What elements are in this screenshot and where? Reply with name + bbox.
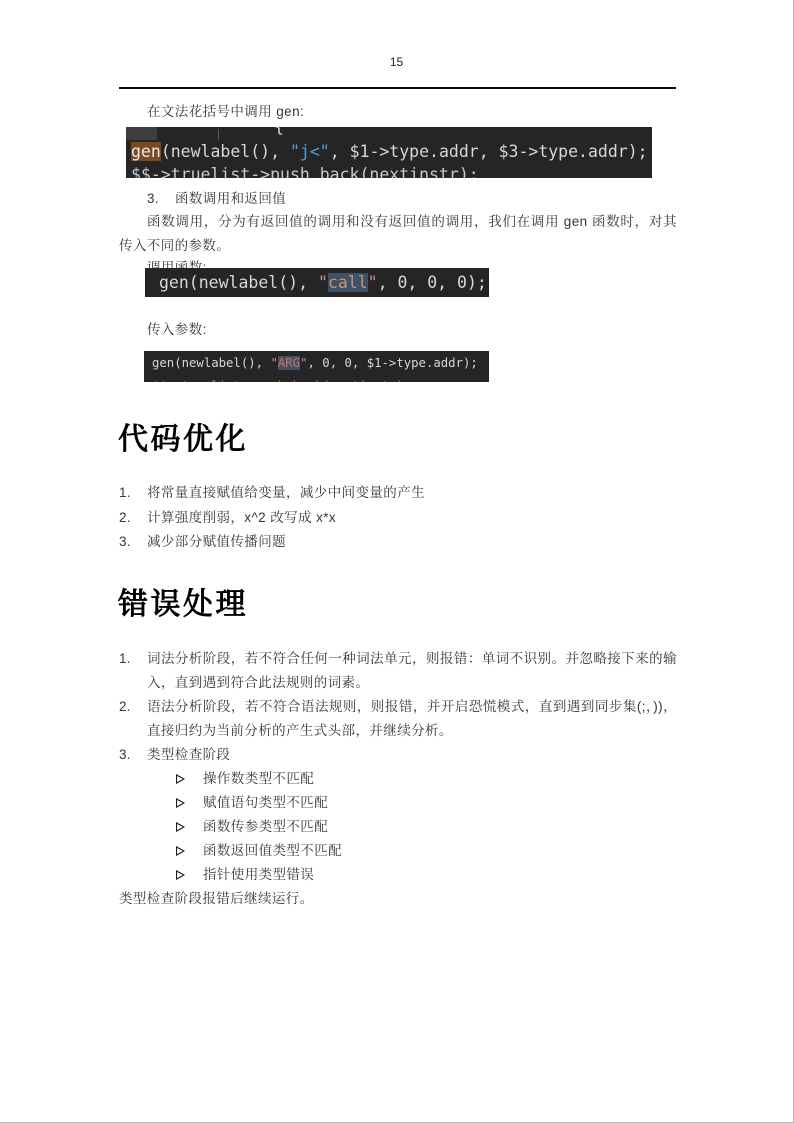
code-text: , $1->type.addr, $3->type.addr);	[330, 142, 648, 161]
code-block-call: gen(newlabel(), "call", 0, 0, 0);	[145, 268, 489, 297]
list-item: 1.将常量直接赋值给变量，减少中间变量的产生	[119, 481, 677, 506]
code-line-partial-bottom: $$->truelist->push_back(nextinstr);	[144, 376, 489, 382]
sub-list-item: 操作数类型不匹配	[119, 767, 677, 791]
sub-item-text: 函数返回值类型不匹配	[203, 843, 342, 858]
code-string: "j<"	[290, 142, 330, 161]
quote-mark: "	[318, 273, 328, 292]
arrow-bullet-icon	[176, 774, 185, 784]
code-line: gen(newlabel(), "ARG", 0, 0, $1->type.ad…	[144, 351, 489, 376]
intro-text: 在文法花括号中调用 gen:	[147, 100, 304, 124]
arrow-bullet-icon	[176, 798, 185, 808]
arrow-bullet-icon	[176, 870, 185, 880]
sub-list-item: 赋值语句类型不匹配	[119, 791, 677, 815]
arrow-bullet-icon	[176, 822, 185, 832]
list-item: 1.词法分析阶段，若不符合任何一种词法单元，则报错：单词不识别。并忽略接下来的输…	[119, 647, 677, 695]
list-number: 3.	[119, 530, 131, 555]
document-page: 15 在文法花括号中调用 gen: { gen(newlabel(), "j<"…	[0, 0, 794, 1123]
list-item-text: 计算强度削弱，x^2 改写成 x*x	[147, 510, 336, 525]
code-text: (newlabel(),	[161, 142, 290, 161]
list-item: 2.语法分析阶段，若不符合语法规则，则报错，并开启恐慌模式，直到遇到同步集(;，…	[119, 695, 677, 743]
code-text: gen(newlabel(),	[152, 356, 270, 370]
header-rule	[119, 87, 676, 89]
pass-argument-label: 传入参数:	[147, 318, 207, 342]
list-number: 3.	[119, 743, 131, 767]
list-number: 2.	[119, 506, 131, 531]
sub-item-text: 赋值语句类型不匹配	[203, 795, 328, 810]
list-item: 2.计算强度削弱，x^2 改写成 x*x	[119, 506, 677, 531]
sub-list-item: 指针使用类型错误	[119, 863, 677, 887]
sub-list-item: 函数传参类型不匹配	[119, 815, 677, 839]
list-number: 3.	[119, 187, 175, 211]
quote-mark: "	[300, 356, 307, 370]
list-item: 3.类型检查阶段	[119, 743, 677, 767]
code-block-arg: gen(newlabel(), "ARG", 0, 0, $1->type.ad…	[144, 351, 489, 382]
heading-code-optimization: 代码优化	[118, 414, 248, 458]
list-number: 1.	[119, 647, 131, 671]
list-item-text: 类型检查阶段	[147, 747, 230, 762]
code-line: gen(newlabel(), "j<", $1->type.addr, $3-…	[126, 140, 652, 164]
code-line-partial-bottom: $$->truelist->push_back(nextinstr);	[126, 164, 652, 178]
arrow-bullet-icon	[176, 846, 185, 856]
code-brace: {	[274, 127, 284, 136]
selected-string-call: call	[328, 273, 368, 292]
error-handling-list: 1.词法分析阶段，若不符合任何一种词法单元，则报错：单词不识别。并忽略接下来的输…	[119, 647, 677, 911]
paragraph-function-call: 函数调用，分为有返回值的调用和没有返回值的调用，我们在调用 gen 函数时，对其…	[119, 210, 677, 258]
quote-mark: "	[368, 273, 378, 292]
list-item: 3.减少部分赋值传播问题	[119, 530, 677, 555]
code-line-partial-top: {	[126, 127, 652, 140]
list-number: 2.	[119, 695, 131, 719]
heading-error-handling: 错误处理	[118, 579, 248, 623]
optimization-list: 1.将常量直接赋值给变量，减少中间变量的产生 2.计算强度削弱，x^2 改写成 …	[119, 481, 677, 555]
list-item-text: 减少部分赋值传播问题	[147, 534, 286, 549]
closing-sentence: 类型检查阶段报错后继续运行。	[119, 887, 677, 911]
list-item-text: 将常量直接赋值给变量，减少中间变量的产生	[147, 485, 425, 500]
sub-item-text: 指针使用类型错误	[203, 867, 314, 882]
sub-item-text: 操作数类型不匹配	[203, 771, 314, 786]
list-item-text: 语法分析阶段，若不符合语法规则，则报错，并开启恐慌模式，直到遇到同步集(;，))…	[147, 699, 677, 738]
list-item-label: 函数调用和返回值	[175, 191, 286, 206]
code-block-gen-jlt: { gen(newlabel(), "j<", $1->type.addr, $…	[126, 127, 652, 178]
list-number: 1.	[119, 481, 131, 506]
indent-guide	[218, 129, 219, 140]
selection-remnant	[126, 127, 157, 140]
quote-mark: "	[270, 356, 277, 370]
find-match-gen: gen	[131, 142, 161, 161]
code-text: , 0, 0, 0);	[378, 273, 487, 292]
page-number: 15	[0, 55, 793, 69]
list-item-function-call: 3.函数调用和返回值	[119, 187, 286, 211]
list-item-text: 词法分析阶段，若不符合任何一种词法单元，则报错：单词不识别。并忽略接下来的输入，…	[147, 651, 677, 690]
code-text: gen(newlabel(),	[159, 273, 318, 292]
sub-list-item: 函数返回值类型不匹配	[119, 839, 677, 863]
sub-item-text: 函数传参类型不匹配	[203, 819, 328, 834]
code-text: , 0, 0, $1->type.addr);	[308, 356, 478, 370]
selected-string-arg: ARG	[278, 356, 300, 370]
